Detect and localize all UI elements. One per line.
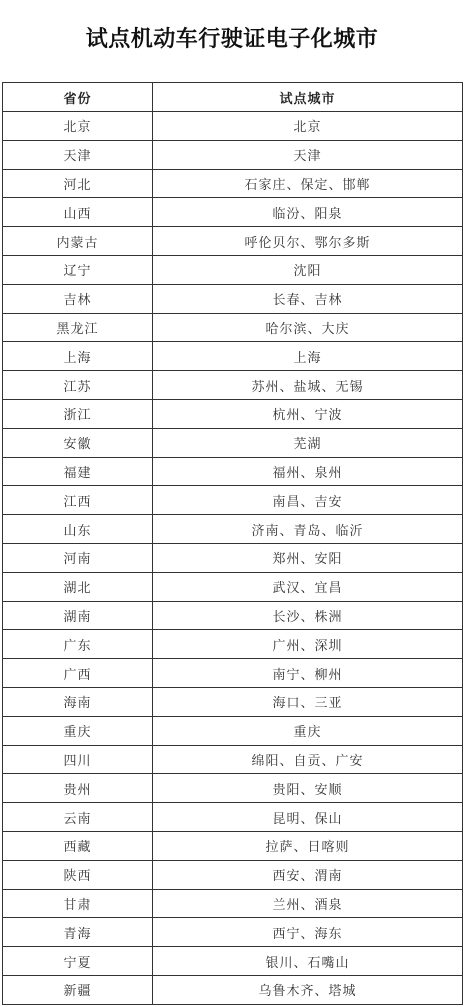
table-row: 广东广州、深圳 [3, 630, 463, 659]
province-cell: 安徽 [3, 428, 153, 457]
cities-cell: 长沙、株洲 [153, 601, 463, 630]
pilot-cities-table: 省份 试点城市 北京北京天津天津河北石家庄、保定、邯郸山西临汾、阳泉内蒙古呼伦贝… [2, 82, 463, 1005]
cities-cell: 石家庄、保定、邯郸 [153, 169, 463, 198]
cities-cell: 海口、三亚 [153, 687, 463, 716]
cities-cell: 芜湖 [153, 428, 463, 457]
cities-cell: 南昌、吉安 [153, 486, 463, 515]
header-province: 省份 [3, 83, 153, 112]
table-body: 北京北京天津天津河北石家庄、保定、邯郸山西临汾、阳泉内蒙古呼伦贝尔、鄂尔多斯辽宁… [3, 112, 463, 1005]
province-cell: 江西 [3, 486, 153, 515]
province-cell: 云南 [3, 803, 153, 832]
table-row: 安徽芜湖 [3, 428, 463, 457]
province-cell: 西藏 [3, 831, 153, 860]
province-cell: 湖南 [3, 601, 153, 630]
province-cell: 福建 [3, 457, 153, 486]
province-cell: 上海 [3, 342, 153, 371]
table-row: 河南郑州、安阳 [3, 543, 463, 572]
cities-cell: 昆明、保山 [153, 803, 463, 832]
province-cell: 河南 [3, 543, 153, 572]
cities-cell: 福州、泉州 [153, 457, 463, 486]
table-row: 吉林长春、吉林 [3, 284, 463, 313]
province-cell: 山东 [3, 515, 153, 544]
province-cell: 江苏 [3, 371, 153, 400]
province-cell: 湖北 [3, 572, 153, 601]
table-row: 贵州贵阳、安顺 [3, 774, 463, 803]
cities-cell: 武汉、宜昌 [153, 572, 463, 601]
cities-cell: 贵阳、安顺 [153, 774, 463, 803]
table-row: 内蒙古呼伦贝尔、鄂尔多斯 [3, 227, 463, 256]
province-cell: 宁夏 [3, 947, 153, 976]
province-cell: 广西 [3, 659, 153, 688]
table-row: 天津天津 [3, 140, 463, 169]
cities-cell: 沈阳 [153, 255, 463, 284]
cities-cell: 上海 [153, 342, 463, 371]
table-row: 甘肃兰州、酒泉 [3, 889, 463, 918]
table-row: 北京北京 [3, 112, 463, 141]
cities-cell: 拉萨、日喀则 [153, 831, 463, 860]
cities-cell: 长春、吉林 [153, 284, 463, 313]
province-cell: 甘肃 [3, 889, 153, 918]
cities-cell: 重庆 [153, 716, 463, 745]
cities-cell: 西安、渭南 [153, 860, 463, 889]
cities-cell: 呼伦贝尔、鄂尔多斯 [153, 227, 463, 256]
province-cell: 天津 [3, 140, 153, 169]
table-row: 四川绵阳、自贡、广安 [3, 745, 463, 774]
cities-cell: 银川、石嘴山 [153, 947, 463, 976]
province-cell: 贵州 [3, 774, 153, 803]
table-row: 重庆重庆 [3, 716, 463, 745]
table-row: 宁夏银川、石嘴山 [3, 947, 463, 976]
province-cell: 内蒙古 [3, 227, 153, 256]
table-row: 黑龙江哈尔滨、大庆 [3, 313, 463, 342]
table-row: 江西南昌、吉安 [3, 486, 463, 515]
cities-cell: 兰州、酒泉 [153, 889, 463, 918]
table-row: 山西临汾、阳泉 [3, 198, 463, 227]
table-row: 新疆乌鲁木齐、塔城 [3, 975, 463, 1004]
cities-cell: 天津 [153, 140, 463, 169]
table-row: 广西南宁、柳州 [3, 659, 463, 688]
table-row: 浙江杭州、宁波 [3, 399, 463, 428]
cities-cell: 济南、青岛、临沂 [153, 515, 463, 544]
cities-cell: 西宁、海东 [153, 918, 463, 947]
table-row: 云南昆明、保山 [3, 803, 463, 832]
cities-cell: 苏州、盐城、无锡 [153, 371, 463, 400]
cities-cell: 郑州、安阳 [153, 543, 463, 572]
table-row: 辽宁沈阳 [3, 255, 463, 284]
table-row: 江苏苏州、盐城、无锡 [3, 371, 463, 400]
cities-cell: 绵阳、自贡、广安 [153, 745, 463, 774]
cities-cell: 乌鲁木齐、塔城 [153, 975, 463, 1004]
province-cell: 河北 [3, 169, 153, 198]
cities-cell: 南宁、柳州 [153, 659, 463, 688]
table-row: 福建福州、泉州 [3, 457, 463, 486]
table-row: 湖北武汉、宜昌 [3, 572, 463, 601]
table-row: 上海上海 [3, 342, 463, 371]
table-header-row: 省份 试点城市 [3, 83, 463, 112]
table-row: 河北石家庄、保定、邯郸 [3, 169, 463, 198]
province-cell: 新疆 [3, 975, 153, 1004]
province-cell: 陕西 [3, 860, 153, 889]
cities-cell: 哈尔滨、大庆 [153, 313, 463, 342]
header-pilot-cities: 试点城市 [153, 83, 463, 112]
province-cell: 青海 [3, 918, 153, 947]
cities-cell: 杭州、宁波 [153, 399, 463, 428]
province-cell: 海南 [3, 687, 153, 716]
province-cell: 浙江 [3, 399, 153, 428]
table-row: 陕西西安、渭南 [3, 860, 463, 889]
province-cell: 北京 [3, 112, 153, 141]
province-cell: 重庆 [3, 716, 153, 745]
table-row: 西藏拉萨、日喀则 [3, 831, 463, 860]
table-row: 山东济南、青岛、临沂 [3, 515, 463, 544]
table-row: 湖南长沙、株洲 [3, 601, 463, 630]
province-cell: 黑龙江 [3, 313, 153, 342]
cities-cell: 广州、深圳 [153, 630, 463, 659]
province-cell: 四川 [3, 745, 153, 774]
table-row: 海南海口、三亚 [3, 687, 463, 716]
province-cell: 山西 [3, 198, 153, 227]
province-cell: 广东 [3, 630, 153, 659]
table-row: 青海西宁、海东 [3, 918, 463, 947]
document-title: 试点机动车行驶证电子化城市 [0, 22, 464, 53]
province-cell: 辽宁 [3, 255, 153, 284]
cities-cell: 北京 [153, 112, 463, 141]
cities-cell: 临汾、阳泉 [153, 198, 463, 227]
province-cell: 吉林 [3, 284, 153, 313]
